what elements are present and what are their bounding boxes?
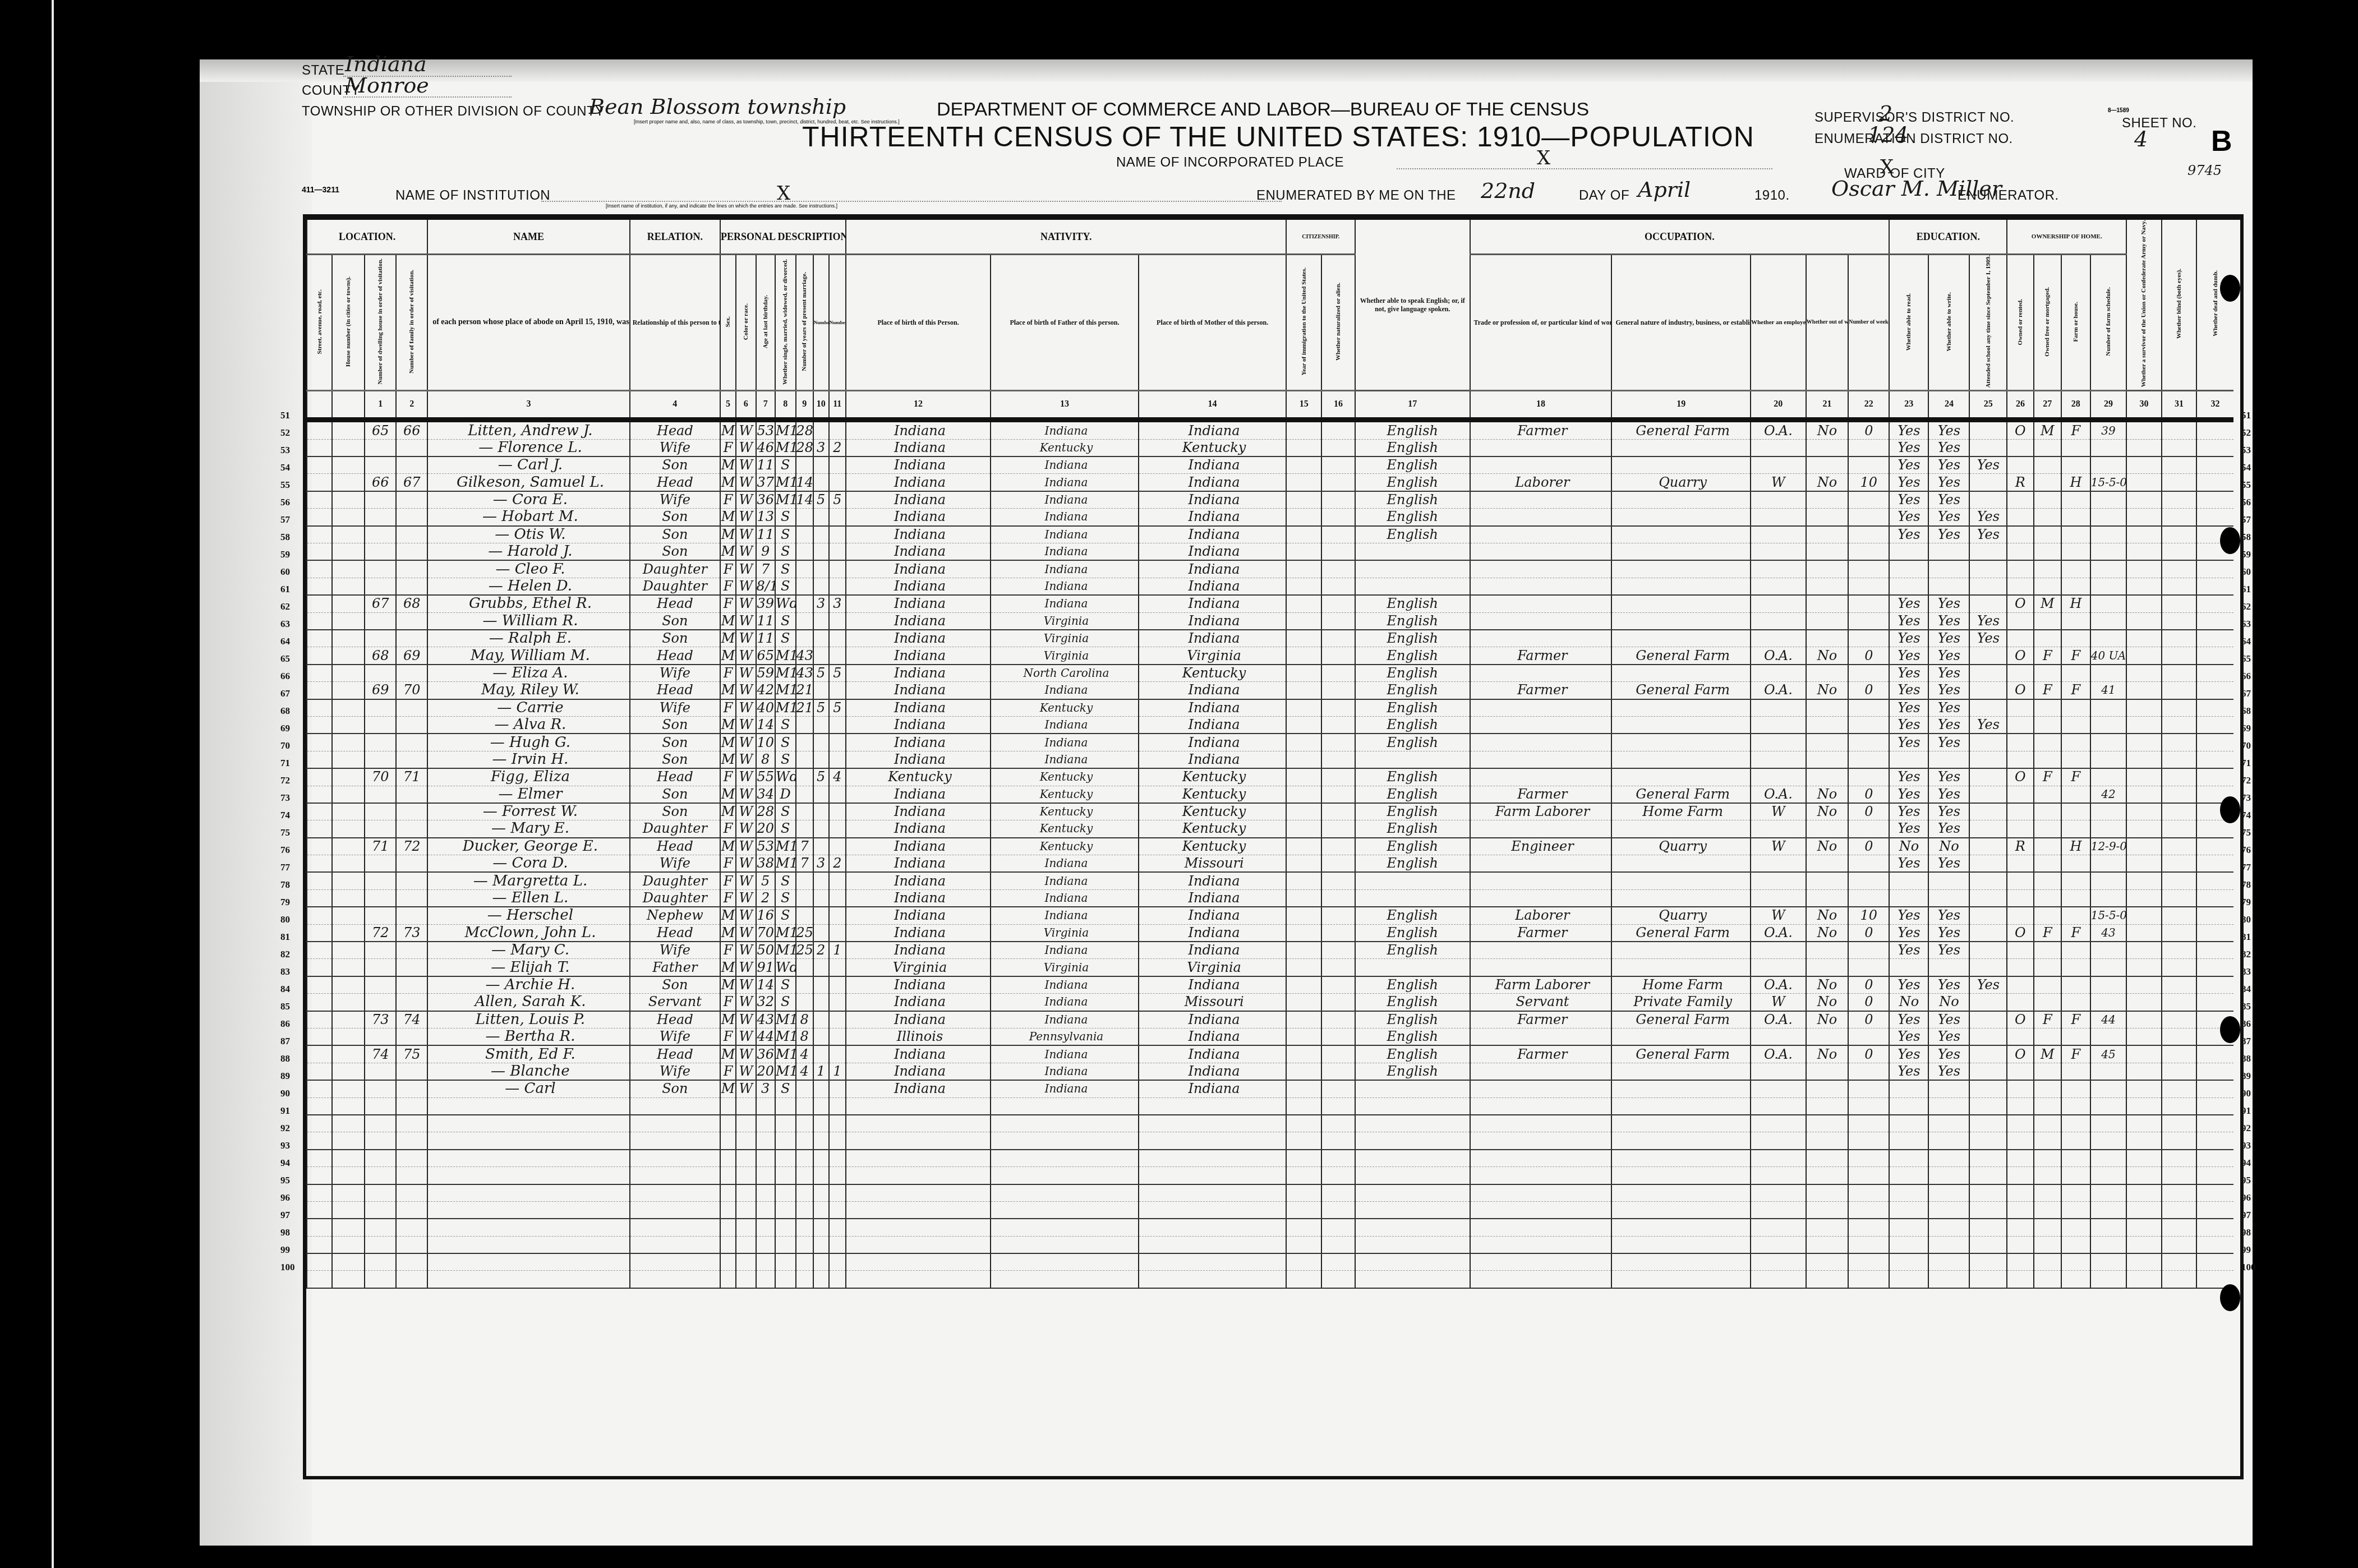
cell-read bbox=[1889, 1132, 1928, 1150]
cell-weeks-out bbox=[1848, 439, 1889, 456]
cell-mortgaged: F bbox=[2034, 1011, 2061, 1029]
cell-years-married bbox=[796, 994, 813, 1011]
cell-name: — Hobart M. bbox=[427, 509, 629, 526]
cell-trade bbox=[1470, 1236, 1612, 1253]
cell-imm bbox=[1286, 647, 1321, 665]
cell-marital bbox=[775, 1184, 796, 1202]
cell-living: 1 bbox=[829, 1063, 846, 1080]
line-number-left: 82 bbox=[280, 949, 290, 960]
cell-owned bbox=[2007, 734, 2033, 751]
census-row: 6667Gilkeson, Samuel L.HeadMW37M114India… bbox=[307, 474, 2233, 491]
line-number-left: 54 bbox=[280, 462, 290, 473]
cell-mother: Indiana bbox=[1139, 420, 1287, 439]
cell-farm bbox=[2061, 560, 2090, 578]
cell-father: Kentucky bbox=[991, 838, 1139, 855]
cell-age bbox=[756, 1253, 775, 1271]
cell-deaf bbox=[2196, 1097, 2233, 1115]
cell-out-of-work bbox=[1806, 578, 1848, 595]
cell-dwelling bbox=[365, 1271, 396, 1288]
cell-imm bbox=[1286, 699, 1321, 717]
line-number-left: 68 bbox=[280, 705, 290, 717]
cell-birth: Indiana bbox=[846, 889, 991, 907]
cell-employer bbox=[1751, 1028, 1806, 1045]
cell-mortgaged bbox=[2034, 1271, 2061, 1288]
census-row: 6566Litten, Andrew J.HeadMW53M128Indiana… bbox=[307, 420, 2233, 439]
cell-schedule: 42 bbox=[2090, 786, 2127, 803]
cell-marital: M1 bbox=[775, 924, 796, 942]
cell-school bbox=[1969, 924, 2007, 942]
cell-industry bbox=[1611, 543, 1750, 561]
line-number-right: 66 bbox=[2241, 671, 2251, 682]
cell-birth: Indiana bbox=[846, 578, 991, 595]
cell-race bbox=[736, 1150, 756, 1167]
line-number-left: 97 bbox=[280, 1210, 290, 1221]
cell-industry: Quarry bbox=[1611, 474, 1750, 491]
cell-vet bbox=[2126, 699, 2161, 717]
cell-house bbox=[332, 1097, 365, 1115]
cell-family bbox=[396, 1097, 427, 1115]
cell-house bbox=[332, 716, 365, 734]
line-number-left: 60 bbox=[280, 566, 290, 578]
cell-write: Yes bbox=[1928, 474, 1969, 491]
cell-relation: Wife bbox=[630, 439, 720, 456]
cell-out-of-work bbox=[1806, 889, 1848, 907]
cell-blind bbox=[2162, 630, 2196, 647]
cell-born bbox=[813, 872, 829, 889]
cell-blind bbox=[2162, 976, 2196, 994]
cell-name bbox=[427, 1184, 629, 1202]
cell-industry bbox=[1611, 1167, 1750, 1184]
cell-father: Indiana bbox=[991, 474, 1139, 491]
cell-vet bbox=[2126, 959, 2161, 976]
cell-race: W bbox=[736, 543, 756, 561]
cell-years-married: 25 bbox=[796, 942, 813, 959]
cell-school bbox=[1969, 907, 2007, 924]
cell-school: Yes bbox=[1969, 716, 2007, 734]
cell-vet bbox=[2126, 1045, 2161, 1063]
cell-house bbox=[332, 768, 365, 786]
cell-vet bbox=[2126, 872, 2161, 889]
cell-vet bbox=[2126, 543, 2161, 561]
cell-weeks-out bbox=[1848, 1184, 1889, 1202]
cell-nat bbox=[1321, 872, 1355, 889]
cell-owned bbox=[2007, 1028, 2033, 1045]
sheet-number: 4 bbox=[2134, 127, 2148, 151]
cell-sex: F bbox=[720, 439, 736, 456]
cell-vet bbox=[2126, 578, 2161, 595]
cell-weeks-out bbox=[1848, 543, 1889, 561]
line-number-left: 72 bbox=[280, 775, 290, 786]
cell-father: Indiana bbox=[991, 456, 1139, 474]
cell-farm bbox=[2061, 716, 2090, 734]
cell-out-of-work: No bbox=[1806, 924, 1848, 942]
cell-dwelling bbox=[365, 526, 396, 543]
cell-nat bbox=[1321, 1184, 1355, 1202]
cell-schedule bbox=[2090, 595, 2127, 612]
cell-owned bbox=[2007, 699, 2033, 717]
cell-farm bbox=[2061, 994, 2090, 1011]
cell-mortgaged bbox=[2034, 976, 2061, 994]
cell-years-married: 43 bbox=[796, 647, 813, 665]
cell-imm bbox=[1286, 1201, 1321, 1219]
cell-language: English bbox=[1355, 474, 1470, 491]
cell-language: English bbox=[1355, 1063, 1470, 1080]
census-row bbox=[307, 1115, 2233, 1132]
cell-father: Virginia bbox=[991, 647, 1139, 665]
cell-name: — Helen D. bbox=[427, 578, 629, 595]
cell-trade bbox=[1470, 1132, 1612, 1150]
cell-farm: F bbox=[2061, 1011, 2090, 1029]
cell-trade bbox=[1470, 439, 1612, 456]
cell-dwelling bbox=[365, 1150, 396, 1167]
cell-mortgaged bbox=[2034, 907, 2061, 924]
county-line bbox=[343, 96, 512, 98]
cell-relation: Daughter bbox=[630, 872, 720, 889]
cell-living bbox=[829, 509, 846, 526]
cell-weeks-out bbox=[1848, 1097, 1889, 1115]
cell-father bbox=[991, 1271, 1139, 1288]
cell-family bbox=[396, 1167, 427, 1184]
county-value: Monroe bbox=[345, 73, 429, 98]
cell-street bbox=[307, 786, 332, 803]
cell-dwelling: 72 bbox=[365, 924, 396, 942]
cell-blind bbox=[2162, 560, 2196, 578]
cell-age: 50 bbox=[756, 942, 775, 959]
cell-marital: M1 bbox=[775, 942, 796, 959]
cell-industry bbox=[1611, 612, 1750, 630]
cell-mortgaged bbox=[2034, 734, 2061, 751]
cell-birth: Illinois bbox=[846, 1028, 991, 1045]
cell-family: 73 bbox=[396, 924, 427, 942]
cell-write: Yes bbox=[1928, 734, 1969, 751]
cell-employer bbox=[1751, 716, 1806, 734]
cell-blind bbox=[2162, 647, 2196, 665]
cell-father bbox=[991, 1253, 1139, 1271]
cell-living: 2 bbox=[829, 439, 846, 456]
cell-blind bbox=[2162, 1167, 2196, 1184]
cell-deaf bbox=[2196, 872, 2233, 889]
cell-family bbox=[396, 1080, 427, 1097]
cell-industry bbox=[1611, 1115, 1750, 1132]
cell-read bbox=[1889, 1167, 1928, 1184]
cell-trade: Farmer bbox=[1470, 786, 1612, 803]
cell-nat bbox=[1321, 786, 1355, 803]
cell-nat bbox=[1321, 1132, 1355, 1150]
line-number-right: 74 bbox=[2241, 810, 2251, 821]
cell-birth: Indiana bbox=[846, 803, 991, 820]
cell-race: W bbox=[736, 786, 756, 803]
cell-house bbox=[332, 474, 365, 491]
cell-birth bbox=[846, 1201, 991, 1219]
cell-dwelling: 70 bbox=[365, 768, 396, 786]
cell-language: English bbox=[1355, 855, 1470, 873]
line-number-left: 89 bbox=[280, 1071, 290, 1082]
cell-mother: Kentucky bbox=[1139, 665, 1287, 682]
cell-mother: Kentucky bbox=[1139, 838, 1287, 855]
cell-mortgaged bbox=[2034, 1132, 2061, 1150]
cell-imm bbox=[1286, 959, 1321, 976]
cell-name bbox=[427, 1132, 629, 1150]
cell-father: Kentucky bbox=[991, 439, 1139, 456]
cell-write bbox=[1928, 872, 1969, 889]
cell-vet bbox=[2126, 630, 2161, 647]
cell-birth: Indiana bbox=[846, 924, 991, 942]
department-line: DEPARTMENT OF COMMERCE AND LABOR—BUREAU … bbox=[937, 99, 1589, 121]
cell-nat bbox=[1321, 889, 1355, 907]
cell-living: 4 bbox=[829, 768, 846, 786]
cell-farm bbox=[2061, 1253, 2090, 1271]
cell-farm bbox=[2061, 1201, 2090, 1219]
cell-street bbox=[307, 1271, 332, 1288]
cell-read: Yes bbox=[1889, 803, 1928, 820]
cell-language bbox=[1355, 889, 1470, 907]
cell-marital: Wd bbox=[775, 959, 796, 976]
cell-owned bbox=[2007, 751, 2033, 768]
cell-nat bbox=[1321, 976, 1355, 994]
cell-house bbox=[332, 456, 365, 474]
cell-out-of-work: No bbox=[1806, 907, 1848, 924]
cell-school bbox=[1969, 786, 2007, 803]
cell-street bbox=[307, 630, 332, 647]
cell-out-of-work bbox=[1806, 751, 1848, 768]
cell-street bbox=[307, 1028, 332, 1045]
cell-marital: S bbox=[775, 994, 796, 1011]
cell-school bbox=[1969, 474, 2007, 491]
cell-industry bbox=[1611, 1271, 1750, 1288]
cell-write: Yes bbox=[1928, 665, 1969, 682]
cell-street bbox=[307, 1115, 332, 1132]
cell-house bbox=[332, 889, 365, 907]
cell-out-of-work bbox=[1806, 942, 1848, 959]
cell-owned: R bbox=[2007, 474, 2033, 491]
cell-street bbox=[307, 751, 332, 768]
cell-family bbox=[396, 1236, 427, 1253]
cell-race: W bbox=[736, 560, 756, 578]
cell-owned bbox=[2007, 612, 2033, 630]
cell-trade bbox=[1470, 1253, 1612, 1271]
cell-owned bbox=[2007, 1201, 2033, 1219]
cell-born bbox=[813, 889, 829, 907]
cell-vet bbox=[2126, 1150, 2161, 1167]
cell-nat bbox=[1321, 647, 1355, 665]
cell-school bbox=[1969, 1080, 2007, 1097]
institution-hint: [Insert name of institution, if any, and… bbox=[606, 203, 837, 209]
cell-name: Ducker, George E. bbox=[427, 838, 629, 855]
cell-schedule bbox=[2090, 1080, 2127, 1097]
cell-deaf bbox=[2196, 768, 2233, 786]
cell-owned bbox=[2007, 1150, 2033, 1167]
cell-schedule bbox=[2090, 1219, 2127, 1236]
cell-mortgaged bbox=[2034, 716, 2061, 734]
cell-mother: Indiana bbox=[1139, 751, 1287, 768]
cell-relation: Wife bbox=[630, 942, 720, 959]
cell-born bbox=[813, 976, 829, 994]
cell-owned bbox=[2007, 872, 2033, 889]
cell-race: W bbox=[736, 1028, 756, 1045]
cell-school bbox=[1969, 994, 2007, 1011]
cell-mother bbox=[1139, 1184, 1287, 1202]
cell-house bbox=[332, 1028, 365, 1045]
cell-schedule bbox=[2090, 734, 2127, 751]
cell-marital: Wd bbox=[775, 768, 796, 786]
line-number-right: 72 bbox=[2241, 775, 2251, 786]
cell-marital: M1 bbox=[775, 699, 796, 717]
header-family: Number of family in order of visitation. bbox=[408, 270, 415, 373]
cell-name: McClown, John L. bbox=[427, 924, 629, 942]
cell-dwelling bbox=[365, 976, 396, 994]
cell-living: 2 bbox=[829, 855, 846, 873]
cell-birth bbox=[846, 1236, 991, 1253]
cell-school bbox=[1969, 1028, 2007, 1045]
census-row: Allen, Sarah K.ServantFW32SIndianaIndian… bbox=[307, 994, 2233, 1011]
cell-nat bbox=[1321, 1011, 1355, 1029]
line-number-left: 63 bbox=[280, 619, 290, 630]
cell-farm bbox=[2061, 803, 2090, 820]
cell-dwelling: 67 bbox=[365, 595, 396, 612]
cell-imm bbox=[1286, 491, 1321, 509]
cell-street bbox=[307, 716, 332, 734]
cell-marital: M1 bbox=[775, 855, 796, 873]
cell-mortgaged bbox=[2034, 474, 2061, 491]
cell-name: — Hugh G. bbox=[427, 734, 629, 751]
cell-street bbox=[307, 1063, 332, 1080]
cell-sex: M bbox=[720, 734, 736, 751]
cell-schedule bbox=[2090, 872, 2127, 889]
supervisor-district-label: Supervisor's District No. bbox=[1814, 110, 2014, 126]
cell-schedule bbox=[2090, 1132, 2127, 1150]
cell-farm bbox=[2061, 1115, 2090, 1132]
cell-name: — Herschel bbox=[427, 907, 629, 924]
cell-age bbox=[756, 1219, 775, 1236]
cell-mortgaged bbox=[2034, 1201, 2061, 1219]
cell-mortgaged bbox=[2034, 1184, 2061, 1202]
cell-marital: S bbox=[775, 716, 796, 734]
cell-birth: Indiana bbox=[846, 665, 991, 682]
column-number: 18 bbox=[1470, 391, 1612, 420]
cell-race: W bbox=[736, 855, 756, 873]
column-number: 2 bbox=[396, 391, 427, 420]
cell-write: Yes bbox=[1928, 612, 1969, 630]
cell-out-of-work: No bbox=[1806, 1011, 1848, 1029]
cell-name: — Florence L. bbox=[427, 439, 629, 456]
cell-mortgaged bbox=[2034, 699, 2061, 717]
cell-race: W bbox=[736, 942, 756, 959]
cell-employer bbox=[1751, 1097, 1806, 1115]
cell-blind bbox=[2162, 526, 2196, 543]
cell-family bbox=[396, 716, 427, 734]
cell-years-married: 28 bbox=[796, 420, 813, 439]
cell-relation bbox=[630, 1271, 720, 1288]
cell-living bbox=[829, 820, 846, 838]
cell-out-of-work bbox=[1806, 734, 1848, 751]
cell-relation: Son bbox=[630, 630, 720, 647]
cell-mortgaged bbox=[2034, 560, 2061, 578]
cell-father bbox=[991, 1150, 1139, 1167]
cell-mortgaged: M bbox=[2034, 420, 2061, 439]
cell-vet bbox=[2126, 612, 2161, 630]
cell-weeks-out bbox=[1848, 1115, 1889, 1132]
cell-deaf bbox=[2196, 942, 2233, 959]
cell-born bbox=[813, 1028, 829, 1045]
cell-name: — Blanche bbox=[427, 1063, 629, 1080]
cell-marital: S bbox=[775, 509, 796, 526]
census-row: — Cora E.WifeFW36M11455IndianaIndianaInd… bbox=[307, 491, 2233, 509]
cell-father: Indiana bbox=[991, 595, 1139, 612]
cell-imm bbox=[1286, 734, 1321, 751]
cell-schedule: 39 bbox=[2090, 420, 2127, 439]
header-dwelling: Number of dwelling house in order of vis… bbox=[377, 259, 384, 385]
cell-family bbox=[396, 786, 427, 803]
cell-vet bbox=[2126, 838, 2161, 855]
cell-weeks-out: 0 bbox=[1848, 994, 1889, 1011]
cell-out-of-work bbox=[1806, 1063, 1848, 1080]
line-number-right: 63 bbox=[2241, 619, 2251, 630]
cell-dwelling bbox=[365, 630, 396, 647]
cell-owned bbox=[2007, 526, 2033, 543]
cell-out-of-work bbox=[1806, 1028, 1848, 1045]
cell-mother: Indiana bbox=[1139, 491, 1287, 509]
cell-industry bbox=[1611, 1080, 1750, 1097]
cell-write bbox=[1928, 1184, 1969, 1202]
cell-family bbox=[396, 734, 427, 751]
cell-birth: Indiana bbox=[846, 474, 991, 491]
cell-race: W bbox=[736, 456, 756, 474]
cell-marital: M1 bbox=[775, 665, 796, 682]
cell-industry bbox=[1611, 751, 1750, 768]
cell-industry bbox=[1611, 699, 1750, 717]
cell-school bbox=[1969, 734, 2007, 751]
cell-read: No bbox=[1889, 838, 1928, 855]
cell-living bbox=[829, 474, 846, 491]
cell-schedule: 45 bbox=[2090, 1045, 2127, 1063]
cell-trade bbox=[1470, 578, 1612, 595]
cell-age: 14 bbox=[756, 976, 775, 994]
cell-family: 67 bbox=[396, 474, 427, 491]
cell-birth bbox=[846, 1115, 991, 1132]
census-row: — Archie H.SonMW14SIndianaIndianaIndiana… bbox=[307, 976, 2233, 994]
cell-vet bbox=[2126, 942, 2161, 959]
cell-born bbox=[813, 1115, 829, 1132]
cell-house bbox=[332, 786, 365, 803]
header-farm-schedule: Number of farm schedule. bbox=[2105, 287, 2112, 356]
cell-out-of-work bbox=[1806, 1150, 1848, 1167]
cell-family bbox=[396, 439, 427, 456]
cell-language: English bbox=[1355, 976, 1470, 994]
cell-house bbox=[332, 1045, 365, 1063]
cell-employer bbox=[1751, 526, 1806, 543]
cell-house bbox=[332, 959, 365, 976]
cell-schedule bbox=[2090, 1097, 2127, 1115]
cell-schedule bbox=[2090, 1167, 2127, 1184]
cell-trade bbox=[1470, 1167, 1612, 1184]
cell-born bbox=[813, 959, 829, 976]
cell-mother bbox=[1139, 1150, 1287, 1167]
cell-mother: Indiana bbox=[1139, 976, 1287, 994]
cell-house bbox=[332, 751, 365, 768]
cell-marital: S bbox=[775, 889, 796, 907]
census-row: 7273McClown, John L.HeadMW70M125IndianaV… bbox=[307, 924, 2233, 942]
cell-owned bbox=[2007, 1184, 2033, 1202]
cell-sex: F bbox=[720, 595, 736, 612]
cell-mother bbox=[1139, 1201, 1287, 1219]
cell-nat bbox=[1321, 734, 1355, 751]
cell-dwelling bbox=[365, 1253, 396, 1271]
cell-family bbox=[396, 1028, 427, 1045]
cell-vet bbox=[2126, 491, 2161, 509]
line-number-left: 98 bbox=[280, 1227, 290, 1238]
cell-trade bbox=[1470, 1097, 1612, 1115]
cell-blind bbox=[2162, 803, 2196, 820]
